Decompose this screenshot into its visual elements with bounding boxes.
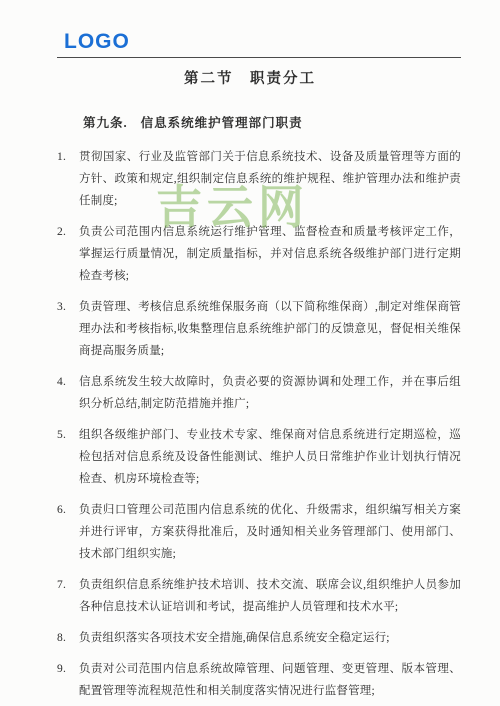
item-text: 贯彻国家、行业及监管部门关于信息系统技术、设备及质量管理等方面的方针、政策和规定… [79,146,461,212]
item-text: 负责组织落实各项技术安全措施,确保信息系统安全稳定运行; [79,627,461,649]
item-number: 4. [57,371,79,415]
list-item: 2. 负责公司范围内信息系统运行维护管理、监督检查和质量考核评定工作，掌握运行质… [57,221,461,287]
list-item: 5. 组织各级维护部门、专业技术专家、维保商对信息系统进行定期巡检，巡检包括对信… [57,424,461,490]
page-header: LOGO [0,0,500,58]
item-text: 负责对公司范围内信息系统故障管理、问题管理、变更管理、版本管理、配置管理等流程规… [79,658,461,702]
list-item: 6. 负责归口管理公司范围内信息系统的优化、升级需求，组织编写相关方案并进行评审… [57,499,461,565]
item-text: 信息系统发生较大故障时，负责必要的资源协调和处理工作，并在事后组织分析总结,制定… [79,371,461,415]
item-text: 负责公司范围内信息系统运行维护管理、监督检查和质量考核评定工作，掌握运行质量情况… [79,221,461,287]
item-number: 3. [57,296,79,362]
header-divider [57,57,461,58]
list-item: 8. 负责组织落实各项技术安全措施,确保信息系统安全稳定运行; [57,627,461,649]
list-item: 9. 负责对公司范围内信息系统故障管理、问题管理、变更管理、版本管理、配置管理等… [57,658,461,702]
article-title: 信息系统维护管理部门职责 [141,116,303,130]
item-number: 5. [57,424,79,490]
item-number: 9. [57,658,79,702]
item-number: 1. [57,146,79,212]
item-number: 7. [57,574,79,618]
list-item: 3. 负责管理、考核信息系统维保服务商（以下简称维保商）,制定对维保商管理办法和… [57,296,461,362]
article-number-label: 第九条. [83,116,128,130]
item-number: 8. [57,627,79,649]
list-item: 1. 贯彻国家、行业及监管部门关于信息系统技术、设备及质量管理等方面的方针、政策… [57,146,461,212]
item-number: 2. [57,221,79,287]
article-heading: 第九条.信息系统维护管理部门职责 [83,113,500,131]
item-number: 6. [57,499,79,565]
item-text: 负责归口管理公司范围内信息系统的优化、升级需求，组织编写相关方案并进行评审，方案… [79,499,461,565]
duty-list: 1. 贯彻国家、行业及监管部门关于信息系统技术、设备及质量管理等方面的方针、政策… [57,146,461,702]
section-title: 第二节 职责分工 [0,67,500,88]
list-item: 7. 负责组织信息系统维护技术培训、技术交流、联席会议,组织维护人员参加各种信息… [57,574,461,618]
item-text: 负责组织信息系统维护技术培训、技术交流、联席会议,组织维护人员参加各种信息技术认… [79,574,461,618]
list-item: 4. 信息系统发生较大故障时，负责必要的资源协调和处理工作，并在事后组织分析总结… [57,371,461,415]
company-logo: LOGO [64,31,500,52]
item-text: 负责管理、考核信息系统维保服务商（以下简称维保商）,制定对维保商管理办法和考核指… [79,296,461,362]
item-text: 组织各级维护部门、专业技术专家、维保商对信息系统进行定期巡检，巡检包括对信息系统… [79,424,461,490]
document-page: LOGO 第二节 职责分工 第九条.信息系统维护管理部门职责 1. 贯彻国家、行… [0,0,500,706]
